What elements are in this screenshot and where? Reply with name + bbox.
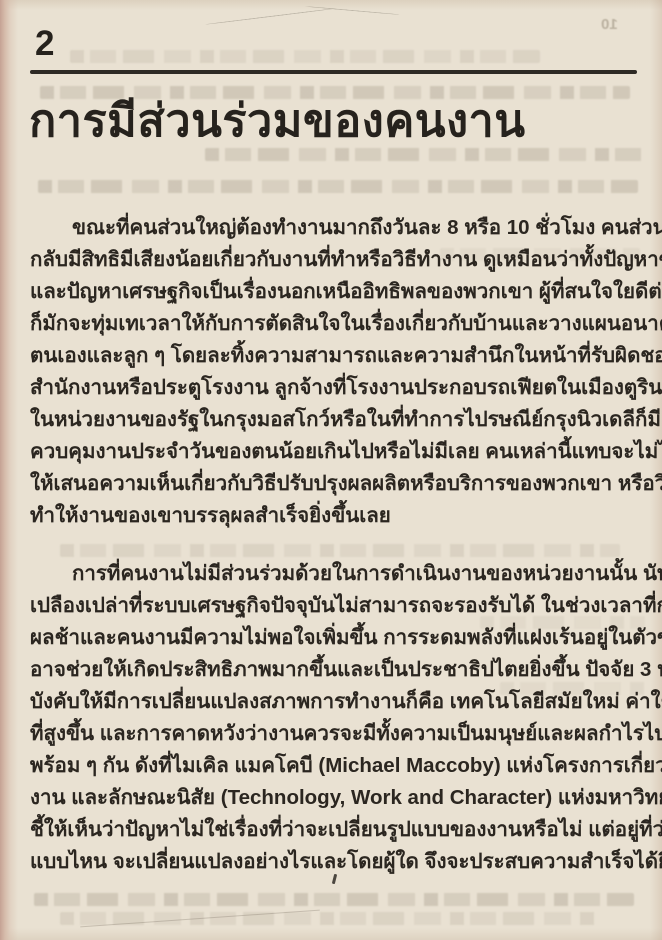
scanned-book-page: 10 2 การมีส่วนร่วมของคนงาน ขณะที่คนส่วนใ… (0, 0, 662, 940)
text-line: บังคับให้มีการเปลี่ยนแปลงสภาพการทำงานก็ค… (30, 686, 637, 718)
text-line: ตนเองและลูก ๆ โดยละทิ้งความสามารถและความ… (30, 340, 637, 372)
text-line: ขณะที่คนส่วนใหญ่ต้องทำงานมากถึงวันละ 8 ห… (30, 212, 637, 244)
text-line: ที่สูงขึ้น และการคาดหวังว่างานควรจะมีทั้… (30, 718, 637, 750)
paragraph: ขณะที่คนส่วนใหญ่ต้องทำงานมากถึงวันละ 8 ห… (30, 212, 637, 532)
chapter-title: การมีส่วนร่วมของคนงาน (29, 84, 526, 156)
text-line: งาน และลักษณะนิสัย (Technology, Work and… (30, 782, 637, 814)
body-text: ขณะที่คนส่วนใหญ่ต้องทำงานมากถึงวันละ 8 ห… (30, 212, 637, 878)
text-line: เปลืองเปล่าที่ระบบเศรษฐกิจปัจจุบันไม่สาม… (30, 590, 637, 622)
text-line: อาจช่วยให้เกิดประสิทธิภาพมากขึ้นและเป็นป… (30, 654, 637, 686)
text-line: พร้อม ๆ กัน ดังที่ไมเคิล แมคโคบี (Michae… (30, 750, 637, 782)
text-line: ทำให้งานของเขาบรรลุผลสำเร็จยิ่งขึ้นเลย (30, 500, 637, 532)
text-line: แบบไหน จะเปลี่ยนแปลงอย่างไรและโดยผู้ใด จ… (30, 846, 637, 878)
text-line: การที่คนงานไม่มีส่วนร่วมด้วยในการดำเนินง… (30, 558, 637, 590)
chapter-number: 2 (35, 24, 54, 64)
text-line: ควบคุมงานประจำวันของตนน้อยเกินไปหรือไม่ม… (30, 436, 637, 468)
text-line: สำนักงานหรือประตูโรงงาน ลูกจ้างที่โรงงาน… (30, 372, 637, 404)
text-line: ให้เสนอความเห็นเกี่ยวกับวิธีปรับปรุงผลผล… (30, 468, 637, 500)
pencil-scribble (205, 8, 334, 25)
text-line: กลับมีสิทธิมีเสียงน้อยเกี่ยวกับงานที่ทำห… (30, 244, 637, 276)
text-line: ชี้ให้เห็นว่าปัญหาไม่ใช่เรื่องที่ว่าจะเป… (30, 814, 637, 846)
bleed-through-text (38, 180, 638, 193)
paragraph: การที่คนงานไม่มีส่วนร่วมด้วยในการดำเนินง… (30, 558, 637, 878)
bleed-page-number: 10 (601, 16, 618, 33)
text-line: ก็มักจะทุ่มเทเวลาให้กับการตัดสินใจในเรื่… (30, 308, 637, 340)
text-line: ในหน่วยงานของรัฐในกรุงมอสโกว์หรือในที่ทำ… (30, 404, 637, 436)
text-line: และปัญหาเศรษฐกิจเป็นเรื่องนอกเหนืออิทธิพ… (30, 276, 637, 308)
bleed-through-text (70, 50, 540, 63)
chapter-divider-rule (30, 70, 637, 74)
bleed-through-text (34, 893, 634, 906)
text-line: ผลช้าและคนงานมีความไม่พอใจเพิ่มขึ้น การร… (30, 622, 637, 654)
